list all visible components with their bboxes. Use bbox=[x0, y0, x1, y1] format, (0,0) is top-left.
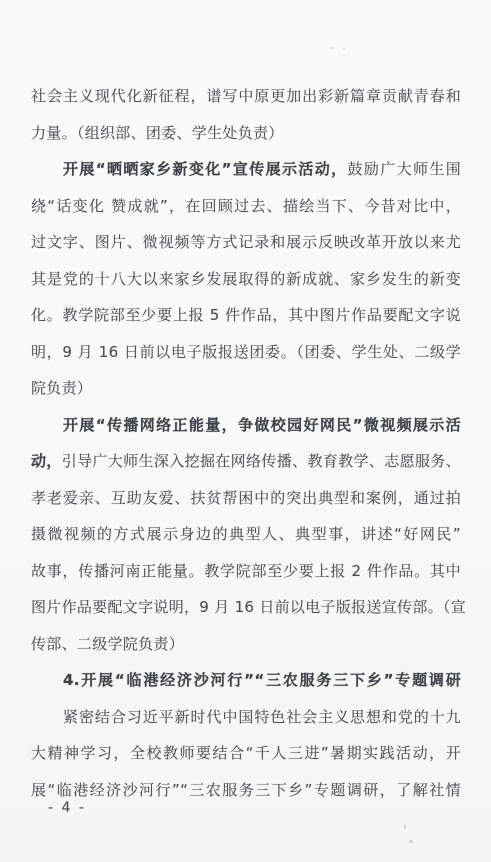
bold-text-segment: 动， bbox=[31, 452, 62, 470]
text-segment: 其是党的十八大以来家乡发展取得的新成就、家乡发生的新变 bbox=[31, 270, 461, 288]
text-line: 绕“话变化 赞成就”，在回顾过去、描绘当下、今昔对比中， bbox=[31, 188, 461, 225]
text-line: 摄微视频的方式展示身边的典型人、典型事，讲述“好网民” bbox=[31, 516, 461, 553]
text-segment: 鼓励广大师生围 bbox=[347, 160, 461, 178]
scan-artifact bbox=[330, 47, 333, 49]
text-line: 开展“晒晒家乡新变化”宣传展示活动，鼓励广大师生围 bbox=[31, 151, 461, 188]
text-segment: 过文字、图片、微视频等方式记录和展示反映改革开放以来尤 bbox=[31, 233, 461, 251]
bold-text-segment: 开展“传播网络正能量，争做校园好网民”微视频展示活 bbox=[63, 416, 461, 434]
text-line: 化。教学院部至少要上报 5 件作品，其中图片作品要配文字说 bbox=[31, 297, 461, 334]
text-line: 其是党的十八大以来家乡发展取得的新成就、家乡发生的新变 bbox=[31, 261, 461, 298]
text-line: 孝老爱亲、互助友爱、扶贫帮困中的突出典型和案例，通过拍 bbox=[31, 480, 461, 517]
text-line: 图片作品要配文字说明，9 月 16 日前以电子版报送宣传部。（宣 bbox=[31, 589, 461, 626]
text-line: 过文字、图片、微视频等方式记录和展示反映改革开放以来尤 bbox=[31, 224, 461, 261]
text-line: 力量。（组织部、团委、学生处负责） bbox=[31, 115, 461, 152]
text-segment: 绕“话变化 赞成就”，在回顾过去、描绘当下、今昔对比中， bbox=[31, 197, 461, 215]
text-segment: 明，9 月 16 日前以电子版报送团委。（团委、学生处、二级学 bbox=[31, 343, 461, 361]
document-page: 社会主义现代化新征程，谱写中原更加出彩新篇章贡献青春和力量。（组织部、团委、学生… bbox=[0, 0, 491, 862]
text-segment: 故事，传播河南正能量。教学院部至少要上报 2 件作品。其中 bbox=[31, 562, 461, 580]
text-line: 动，引导广大师生深入挖掘在网络传播、教育教学、志愿服务、 bbox=[31, 443, 461, 480]
text-line: 院负责） bbox=[31, 370, 461, 407]
bold-text-segment: 开展“晒晒家乡新变化”宣传展示活动， bbox=[63, 160, 347, 178]
text-line: 4.开展“临港经济沙河行”“三农服务三下乡”专题调研 bbox=[31, 662, 461, 699]
text-line: 故事，传播河南正能量。教学院部至少要上报 2 件作品。其中 bbox=[31, 553, 461, 590]
text-segment: 院负责） bbox=[31, 379, 92, 397]
scan-artifact bbox=[343, 48, 345, 50]
text-segment: 化。教学院部至少要上报 5 件作品，其中图片作品要配文字说 bbox=[31, 306, 461, 324]
text-segment: 紧密结合习近平新时代中国特色社会主义思想和党的十九 bbox=[63, 708, 461, 726]
text-line: 社会主义现代化新征程，谱写中原更加出彩新篇章贡献青春和 bbox=[31, 78, 461, 115]
bold-text-segment: 4.开展“临港经济沙河行”“三农服务三下乡”专题调研 bbox=[63, 671, 461, 689]
text-segment: 展“临港经济沙河行”“三农服务三下乡”专题调研，了解社情 bbox=[31, 781, 461, 799]
scan-artifact bbox=[409, 840, 413, 843]
text-segment: 摄微视频的方式展示身边的典型人、典型事，讲述“好网民” bbox=[31, 525, 461, 543]
text-segment: 力量。（组织部、团委、学生处负责） bbox=[31, 124, 284, 142]
scan-artifact bbox=[404, 824, 406, 829]
text-segment: 引导广大师生深入挖掘在网络传播、教育教学、志愿服务、 bbox=[62, 452, 461, 470]
text-segment: 社会主义现代化新征程，谱写中原更加出彩新篇章贡献青春和 bbox=[31, 87, 461, 105]
text-line: 明，9 月 16 日前以电子版报送团委。（团委、学生处、二级学 bbox=[31, 334, 461, 371]
text-line: 大精神学习，全校教师要结合“千人三进”暑期实践活动，开 bbox=[31, 735, 461, 772]
text-line: 开展“传播网络正能量，争做校园好网民”微视频展示活 bbox=[31, 407, 461, 444]
text-line: 紧密结合习近平新时代中国特色社会主义思想和党的十九 bbox=[31, 699, 461, 736]
text-segment: 图片作品要配文字说明，9 月 16 日前以电子版报送宣传部。（宣 bbox=[31, 598, 466, 616]
text-segment: 大精神学习，全校教师要结合“千人三进”暑期实践活动，开 bbox=[31, 744, 461, 762]
document-text-block: 社会主义现代化新征程，谱写中原更加出彩新篇章贡献青春和力量。（组织部、团委、学生… bbox=[31, 78, 461, 808]
text-line: 展“临港经济沙河行”“三农服务三下乡”专题调研，了解社情 bbox=[31, 772, 461, 809]
page-number: - 4 - bbox=[48, 800, 86, 816]
text-line: 传部、二级学院负责） bbox=[31, 626, 461, 663]
text-segment: 孝老爱亲、互助友爱、扶贫帮困中的突出典型和案例，通过拍 bbox=[31, 489, 461, 507]
text-segment: 传部、二级学院负责） bbox=[31, 635, 184, 653]
